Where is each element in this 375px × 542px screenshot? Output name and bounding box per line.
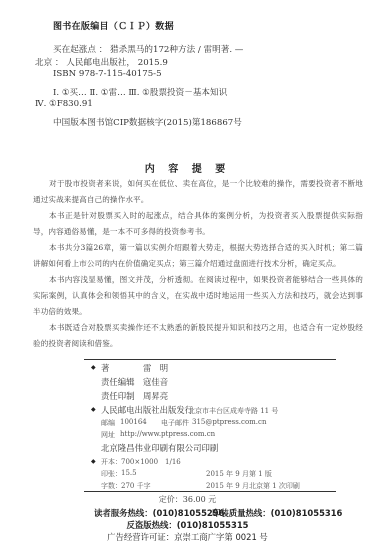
diamond-bullet-icon: ◆: [91, 406, 96, 413]
editor-label: 责任编辑: [101, 376, 135, 388]
postcode-value: 100164: [120, 418, 147, 426]
author-label: 著: [101, 362, 109, 374]
format-label: 开本：: [101, 457, 122, 467]
print-supervisor-label: 责任印制: [101, 390, 135, 402]
postcode-label: 邮编: [101, 418, 115, 428]
summary-paragraph: 本书共分3篇26章，第一篇以实例介绍跟着大势走，根据大势选择合适的买入时机；第二…: [33, 240, 363, 272]
printing-info: 2015 年 9 月北京第 1 次印刷: [206, 481, 300, 491]
price: 定价：36.00 元: [0, 494, 375, 505]
publisher-name: 人民邮电出版社出版发行: [101, 404, 193, 416]
publisher-address: 北京市丰台区成寿寺路 11 号: [188, 406, 278, 416]
imprint-top-rule: [84, 359, 336, 360]
ad-license: 广告经营许可证：京崇工商广字第 0021 号: [0, 531, 375, 542]
cip-entry-line2: 北京 ： 人民邮电出版社， 2015.9: [35, 56, 168, 68]
summary-paragraph: 本书既适合对股票买卖操作还不太熟悉的新股民提升知识和技巧之用，也适合有一定炒股经…: [33, 320, 363, 352]
sheets-value: 15.5: [121, 469, 137, 477]
email-label: 电子邮件: [161, 418, 189, 428]
quality-hotline: 印装质量热线：(010)81055316: [212, 507, 342, 519]
cip-library-note: 中国版本图书馆CIP数据核字(2015)第186867号: [53, 116, 242, 128]
words-value: 270 千字: [121, 481, 151, 491]
print-supervisor-name: 周昇亮: [143, 390, 168, 402]
sheets-label: 印张：: [101, 469, 122, 479]
cip-entry-line1: 买在起涨点 ： 猎杀黑马的172种方法 / 雷明著. —: [53, 43, 243, 55]
summary-paragraph: 对于股市投资者来说，如何买在低位、卖在高位，是一个比较难的操作，需要投资者不断地…: [33, 176, 363, 208]
summary-paragraph: 本书内容浅显易懂，图文并茂，分析透彻。在阅读过程中，如果投资者能够结合一些具体的…: [33, 272, 363, 321]
website-value: http://www.ptpress.com.cn: [120, 430, 215, 438]
reader-hotline: 读者服务热线：(010)81055296: [94, 507, 224, 519]
cip-heading: 图书在版编目（ＣＩＰ）数据: [53, 19, 174, 32]
email-value: 315@ptpress.com.cn: [192, 418, 266, 426]
cip-isbn: ISBN 978-7-115-40175-5: [53, 69, 162, 79]
edition-info: 2015 年 9 月第 1 版: [206, 469, 272, 479]
cip-classification-line1: Ⅰ. ①买… Ⅱ. ①雷… Ⅲ. ①股票投资－基本知识: [53, 86, 227, 98]
summary-title: 内 容 提 要: [0, 160, 375, 175]
anti-piracy-hotline: 反盗版热线：(010)81055315: [0, 519, 375, 531]
diamond-bullet-icon: ◆: [91, 458, 96, 465]
summary-paragraph: 本书正是针对股票买入时的起涨点，结合具体的案例分析，为投资者买入股票提供实际指导…: [33, 208, 363, 240]
diamond-bullet-icon: ◆: [91, 364, 96, 371]
author-name: 雷 明: [143, 362, 168, 374]
cip-classification-line2: Ⅳ. ①F830.91: [35, 99, 93, 109]
editor-name: 寇佳音: [143, 376, 168, 388]
words-label: 字数：: [101, 481, 122, 491]
imprint-bottom-rule: [84, 491, 336, 492]
website-label: 网址: [101, 430, 115, 440]
format-value: 700×1000 1/16: [121, 457, 181, 467]
printer-name: 北京隆昌伟业印刷有限公司印刷: [101, 442, 218, 454]
